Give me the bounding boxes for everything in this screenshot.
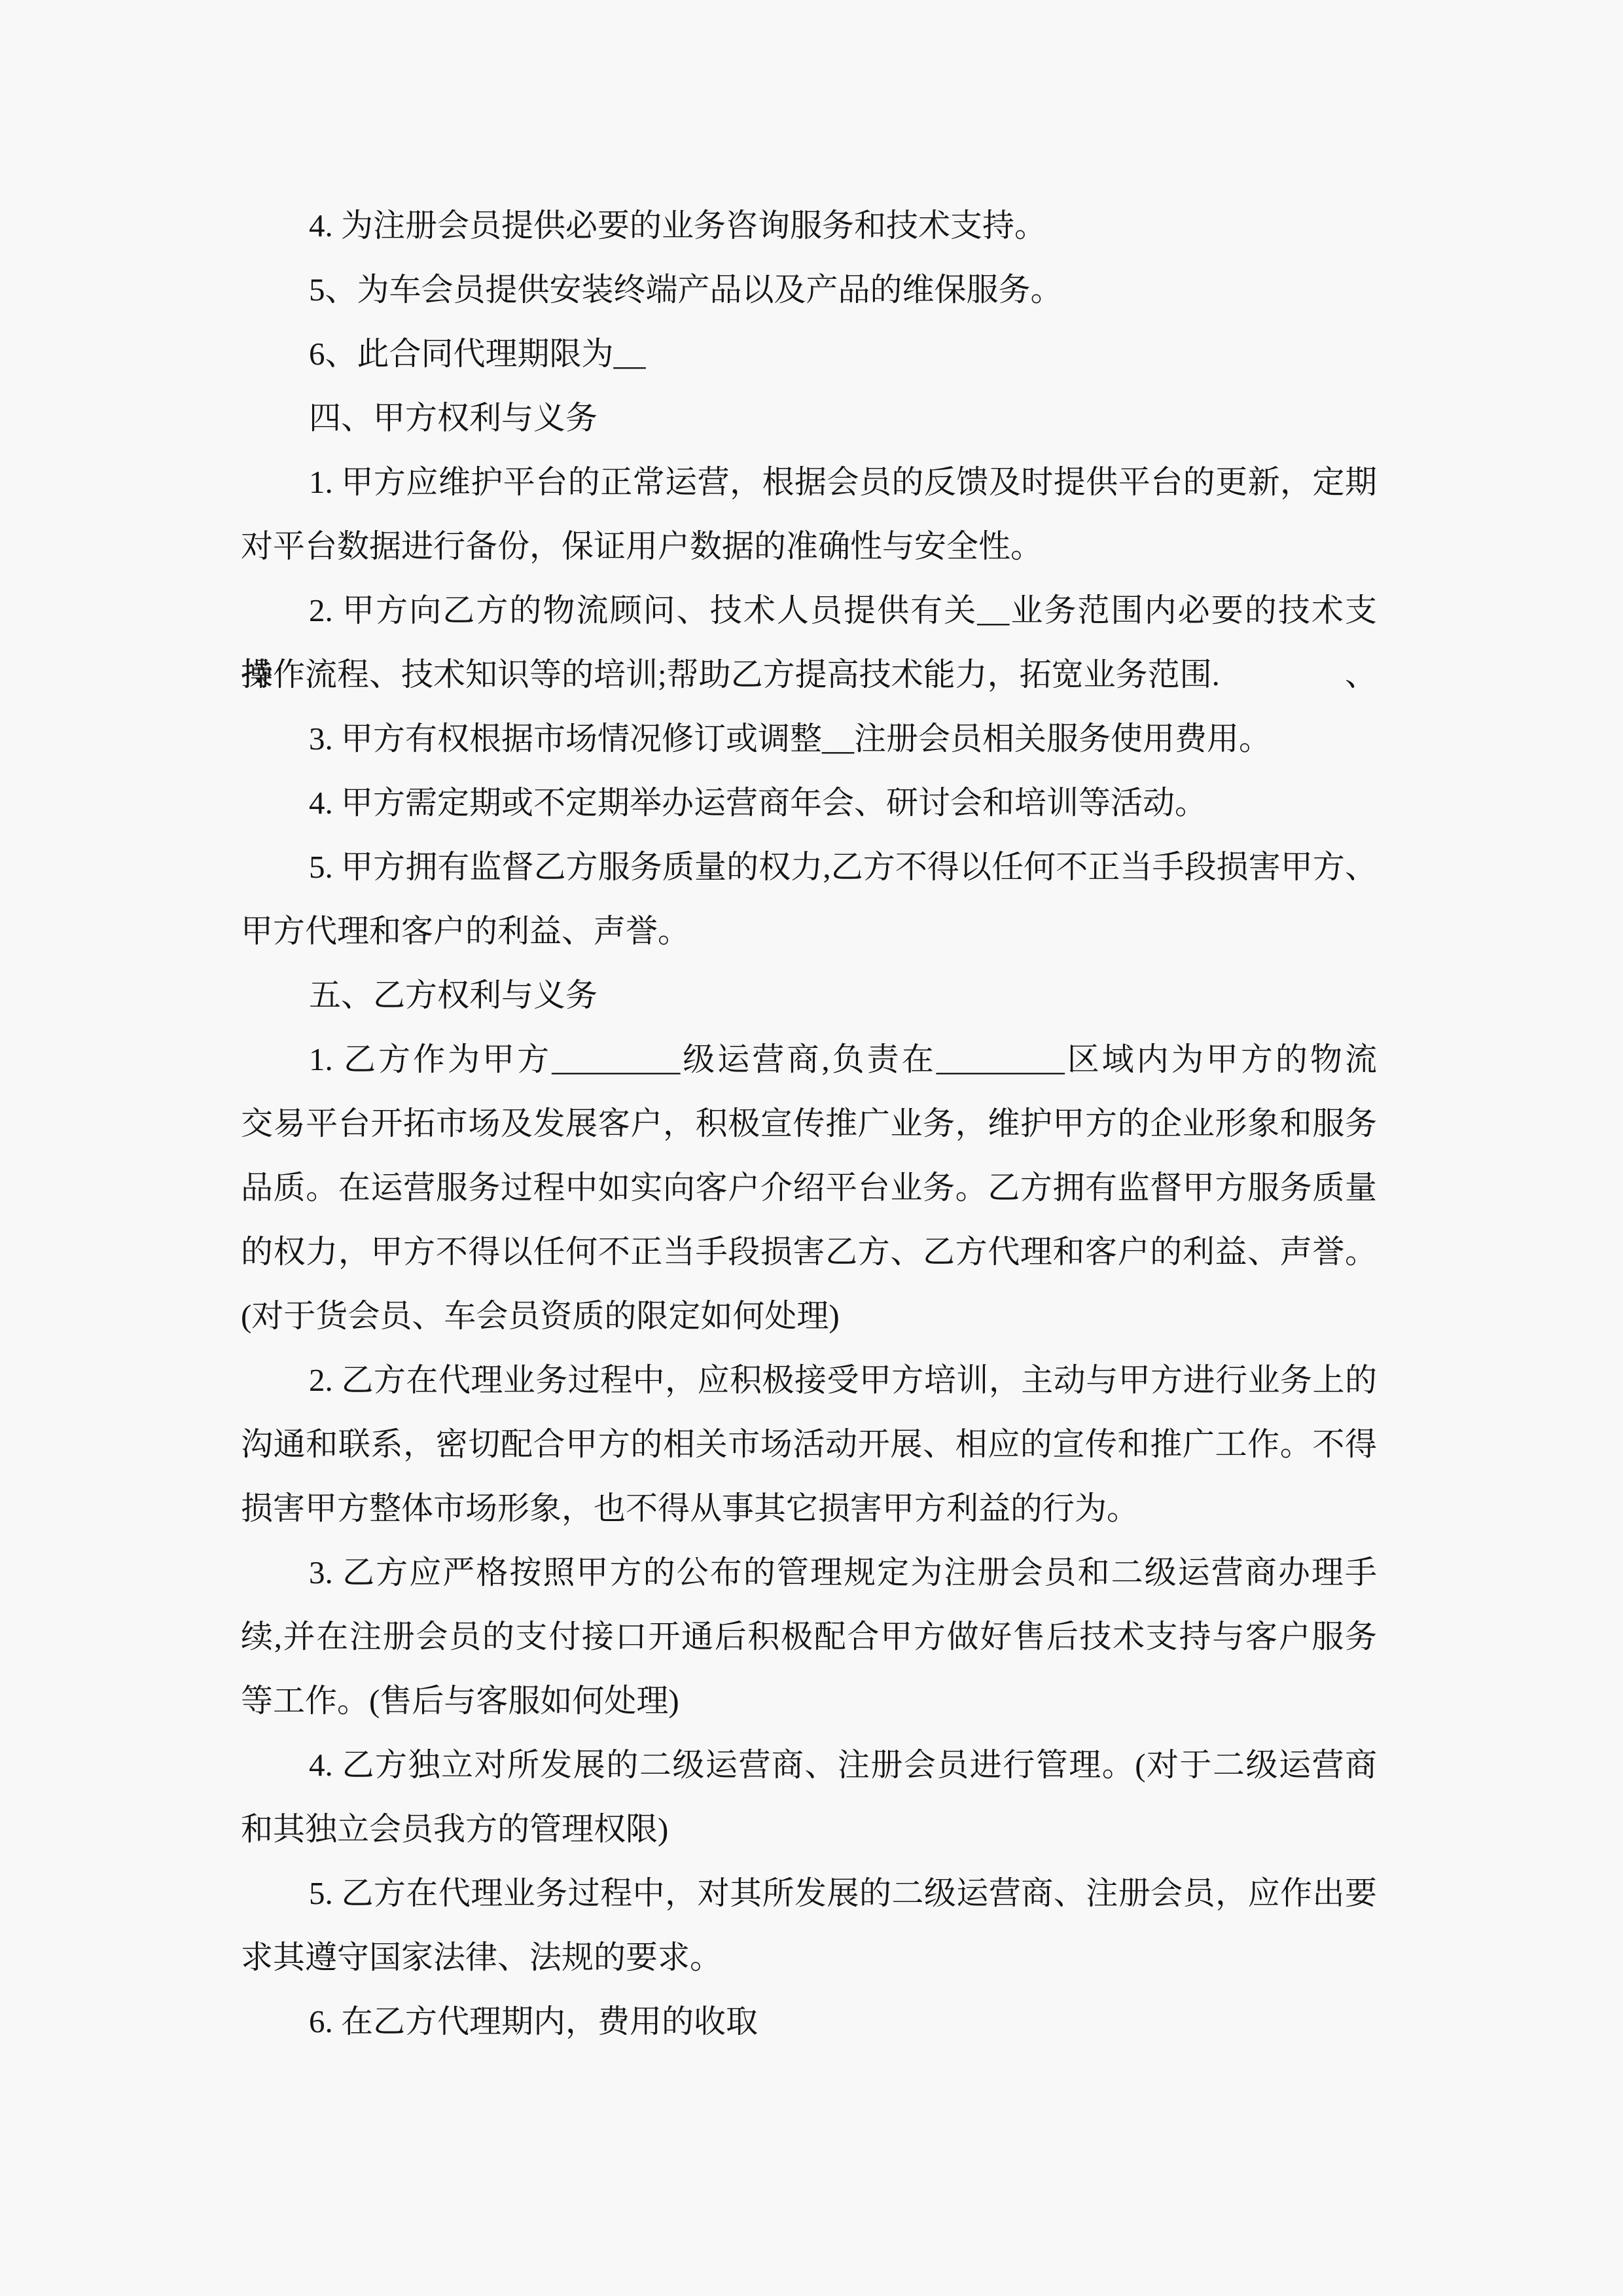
text-line: 损害甲方整体市场形象，也不得从事其它损害甲方利益的行为。 (241, 1477, 1377, 1541)
text-line: (对于货会员、车会员资质的限定如何处理) (241, 1284, 1377, 1348)
text-line: 1. 乙方作为甲方________级运营商,负责在________区域内为甲方的… (241, 1028, 1377, 1092)
text-line: 的权力，甲方不得以任何不正当手段损害乙方、乙方代理和客户的利益、声誉。 (241, 1220, 1377, 1284)
text-line: 等工作。(售后与客服如何处理) (241, 1669, 1377, 1733)
text-line: 操作流程、技术知识等的培训;帮助乙方提高技术能力，拓宽业务范围. (241, 643, 1377, 707)
text-line: 对平台数据进行备份，保证用户数据的准确性与安全性。 (241, 514, 1377, 579)
text-line: 续,并在注册会员的支付接口开通后积极配合甲方做好售后技术支持与客户服务 (241, 1605, 1377, 1669)
text-line: 品质。在运营服务过程中如实向客户介绍平台业务。乙方拥有监督甲方服务质量 (241, 1156, 1377, 1220)
text-line: 2. 甲方向乙方的物流顾问、技术人员提供有关__业务范围内必要的技术支持、 (241, 579, 1377, 643)
document-page: 4. 为注册会员提供必要的业务咨询服务和技术支持。5、为车会员提供安装终端产品以… (0, 0, 1623, 2296)
text-line: 5、为车会员提供安装终端产品以及产品的维保服务。 (241, 258, 1377, 322)
text-line: 和其独立会员我方的管理权限) (241, 1797, 1377, 1861)
text-line: 4. 乙方独立对所发展的二级运营商、注册会员进行管理。(对于二级运营商 (241, 1733, 1377, 1797)
text-line: 3. 乙方应严格按照甲方的公布的管理规定为注册会员和二级运营商办理手 (241, 1541, 1377, 1605)
text-line: 交易平台开拓市场及发展客户，积极宣传推广业务，维护甲方的企业形象和服务 (241, 1092, 1377, 1156)
text-line: 沟通和联系，密切配合甲方的相关市场活动开展、相应的宣传和推广工作。不得 (241, 1412, 1377, 1477)
text-line: 2. 乙方在代理业务过程中，应积极接受甲方培训，主动与甲方进行业务上的 (241, 1348, 1377, 1412)
text-line: 求其遵守国家法律、法规的要求。 (241, 1926, 1377, 1990)
text-line: 5. 乙方在代理业务过程中，对其所发展的二级运营商、注册会员，应作出要 (241, 1861, 1377, 1926)
text-line: 四、甲方权利与义务 (241, 386, 1377, 450)
text-line: 甲方代理和客户的利益、声誉。 (241, 899, 1377, 963)
text-line: 1. 甲方应维护平台的正常运营，根据会员的反馈及时提供平台的更新，定期 (241, 450, 1377, 514)
text-line: 6、此合同代理期限为__ (241, 322, 1377, 386)
text-line: 6. 在乙方代理期内，费用的收取 (241, 1990, 1377, 2054)
text-line: 3. 甲方有权根据市场情况修订或调整__注册会员相关服务使用费用。 (241, 707, 1377, 771)
text-line: 4. 甲方需定期或不定期举办运营商年会、研讨会和培训等活动。 (241, 771, 1377, 835)
text-line: 5. 甲方拥有监督乙方服务质量的权力,乙方不得以任何不正当手段损害甲方、 (241, 835, 1377, 899)
document-text: 4. 为注册会员提供必要的业务咨询服务和技术支持。5、为车会员提供安装终端产品以… (241, 194, 1377, 2054)
text-line: 五、乙方权利与义务 (241, 963, 1377, 1028)
text-line: 4. 为注册会员提供必要的业务咨询服务和技术支持。 (241, 194, 1377, 258)
